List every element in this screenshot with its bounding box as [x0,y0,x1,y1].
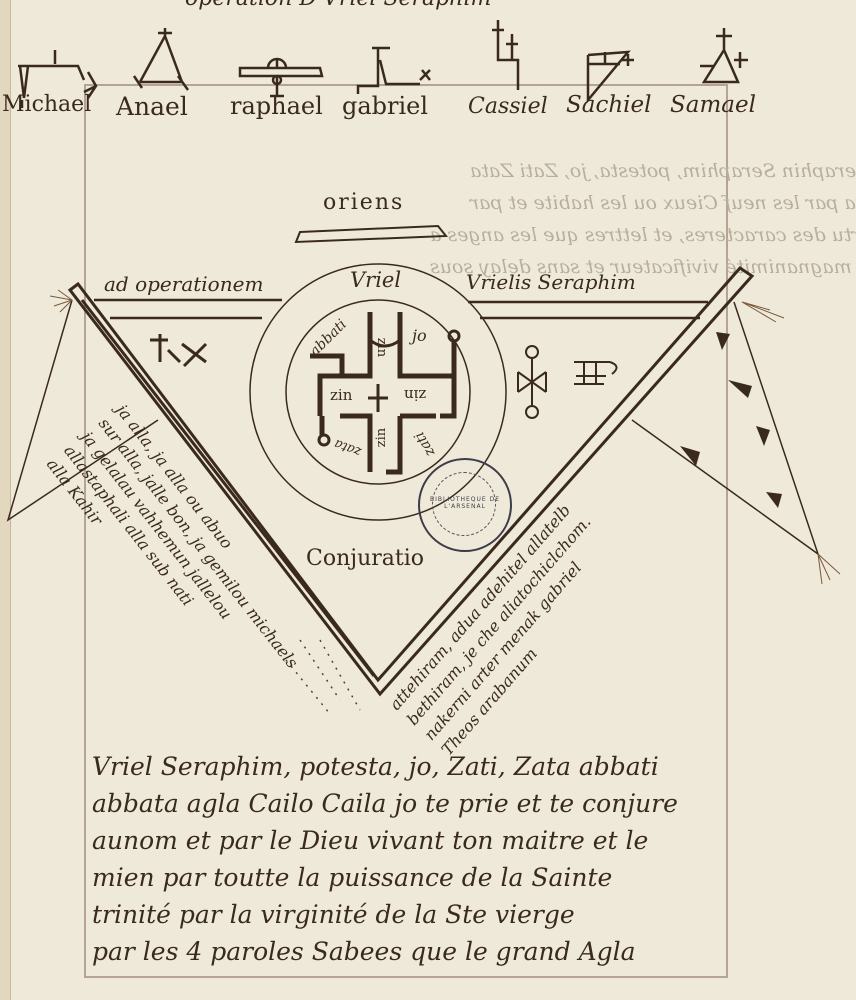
conjuration-text: Vriel Seraphim, potesta, jo, Zati, Zata … [92,748,732,970]
seal-word-cross-bottom: zin [374,428,389,447]
manuscript-page: Dit de Seraphin Seraphim, potesta, jo, Z… [0,0,856,1000]
right-flag-marks [680,332,782,508]
direction-label: oriens [323,190,404,215]
seal-word-cross-left: zin [330,386,352,404]
text-line: aunom et par le Dieu vivant ton maitre e… [92,822,732,859]
text-line: par les 4 paroles Sabees que le grand Ag… [92,933,732,970]
text-line: mien par toutte la puissance de la Saint… [92,859,732,896]
text-line: trinité par la virginité de la Ste vierg… [92,896,732,933]
stamp-text: BIBLIOTHEQUE DE L'ARSENAL [424,496,506,510]
banner-right-text: Vrielis Seraphim [466,270,636,294]
banner-center-text: Vriel [350,268,401,292]
text-line: Vriel Seraphim, potesta, jo, Zati, Zata … [92,748,732,785]
seal-word-cross-right: zin [404,386,426,404]
seal-word-cross-top: zin [374,338,389,357]
center-label: Conjuratio [306,546,424,571]
seal-word-top-right: jo [412,326,427,345]
angel-sigils [18,20,748,108]
right-tassels [742,302,840,584]
text-line: abbata agla Cailo Caila jo te prie et te… [92,785,732,822]
oriens-banner [296,226,446,242]
library-stamp: BIBLIOTHEQUE DE L'ARSENAL [418,458,512,552]
banner-left-text: ad operationem [104,272,263,296]
